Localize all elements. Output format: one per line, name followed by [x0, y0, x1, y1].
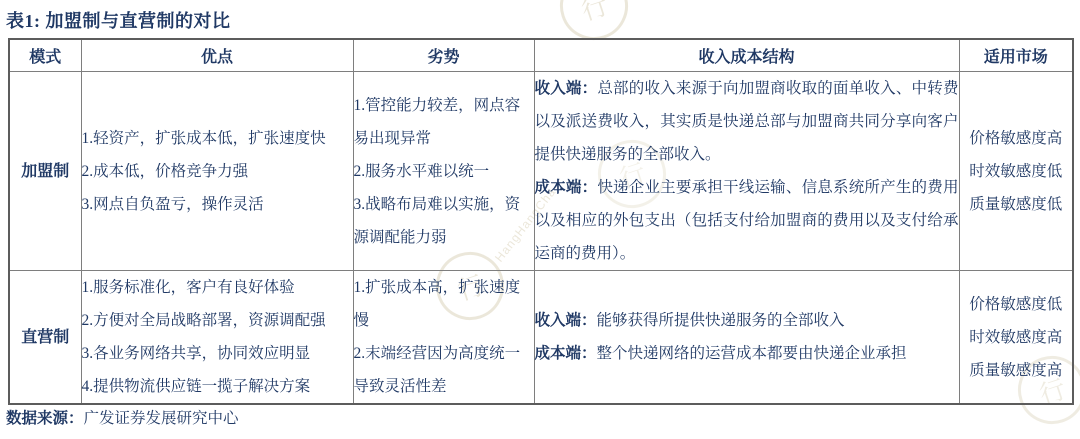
revenue-label: 收入端： [535, 80, 598, 97]
advantage-item: 1.轻资产，扩张成本低，扩张速度快 [82, 122, 353, 155]
disadvantage-item: 1.管控能力较差，网点容易出现异常 [354, 89, 534, 155]
header-applicable-market: 适用市场 [959, 39, 1073, 72]
market-item: 质量敏感度高 [960, 354, 1073, 387]
data-source-label: 数据来源： [6, 410, 84, 427]
disadvantage-item: 2.服务水平难以统一 [354, 155, 534, 188]
watermark: 行 HangHangCha [560, 0, 628, 40]
advantage-item: 2.成本低，价格竞争力强 [82, 155, 353, 188]
market-cell-franchise: 价格敏感度高 时效敏感度低 质量敏感度低 [959, 72, 1073, 271]
revenue-label: 收入端： [535, 312, 597, 329]
advantage-item: 2.方便对全局战略部署，资源调配强 [82, 304, 353, 337]
disadvantage-item: 2.末端经营因为高度统一导致灵活性差 [354, 337, 534, 403]
revenue-text: 能够获得所提供快递服务的全部收入 [597, 312, 845, 329]
advantages-cell-direct: 1.服务标准化，客户有良好体验 2.方便对全局战略部署，资源调配强 3.各业务网… [81, 271, 353, 405]
table-title: 表1: 加盟制与直营制的对比 [6, 7, 231, 33]
market-cell-direct: 价格敏感度低 时效敏感度高 质量敏感度高 [959, 271, 1073, 405]
revenue-paragraph: 收入端：总部的收入来源于向加盟商收取的面单收入、中转费以及派送费收入，其实质是快… [535, 72, 959, 171]
franchise-vs-direct-comparison-table: 模式 优点 劣势 收入成本结构 适用市场 加盟制 1.轻资产，扩张成本低，扩张速… [8, 38, 1074, 405]
cost-text: 整个快递网络的运营成本都要由快递企业承担 [597, 345, 907, 362]
mode-cell-franchise: 加盟制 [9, 72, 81, 271]
cost-label: 成本端： [535, 345, 597, 362]
advantage-item: 3.网点自负盈亏，操作灵活 [82, 188, 353, 221]
table-header-row: 模式 优点 劣势 收入成本结构 适用市场 [9, 39, 1073, 72]
data-source-name: 广发证券发展研究中心 [84, 410, 239, 427]
watermark-symbol: 行 [576, 0, 612, 28]
data-source-line: 数据来源：广发证券发展研究中心 [6, 407, 239, 431]
header-disadvantages: 劣势 [353, 39, 534, 72]
table-row-franchise: 加盟制 1.轻资产，扩张成本低，扩张速度快 2.成本低，价格竞争力强 3.网点自… [9, 72, 1073, 271]
advantage-item: 3.各业务网络共享，协同效应明显 [82, 337, 353, 370]
cost-text: 快递企业主要承担干线运输、信息系统所产生的费用以及相应的外包支出（包括支付给加盟… [535, 179, 959, 262]
advantage-item: 1.服务标准化，客户有良好体验 [82, 271, 353, 304]
revenue-cost-cell-franchise: 收入端：总部的收入来源于向加盟商收取的面单收入、中转费以及派送费收入，其实质是快… [534, 72, 959, 271]
revenue-cost-cell-direct: 收入端：能够获得所提供快递服务的全部收入 成本端：整个快递网络的运营成本都要由快… [534, 271, 959, 405]
cost-paragraph: 成本端：整个快递网络的运营成本都要由快递企业承担 [535, 337, 959, 370]
market-item: 时效敏感度低 [960, 155, 1073, 188]
advantages-cell-franchise: 1.轻资产，扩张成本低，扩张速度快 2.成本低，价格竞争力强 3.网点自负盈亏，… [81, 72, 353, 271]
advantage-item: 4.提供物流供应链一揽子解决方案 [82, 370, 353, 403]
disadvantage-item: 3.战略布局难以实施，资源调配能力弱 [354, 188, 534, 254]
disadvantages-cell-direct: 1.扩张成本高，扩张速度慢 2.末端经营因为高度统一导致灵活性差 [353, 271, 534, 405]
header-advantages: 优点 [81, 39, 353, 72]
disadvantages-cell-franchise: 1.管控能力较差，网点容易出现异常 2.服务水平难以统一 3.战略布局难以实施，… [353, 72, 534, 271]
header-mode: 模式 [9, 39, 81, 72]
cost-paragraph: 成本端：快递企业主要承担干线运输、信息系统所产生的费用以及相应的外包支出（包括支… [535, 171, 959, 270]
market-item: 价格敏感度低 [960, 288, 1073, 321]
table-row-direct: 直营制 1.服务标准化，客户有良好体验 2.方便对全局战略部署，资源调配强 3.… [9, 271, 1073, 405]
market-item: 时效敏感度高 [960, 321, 1073, 354]
revenue-paragraph: 收入端：能够获得所提供快递服务的全部收入 [535, 304, 959, 337]
mode-cell-direct: 直营制 [9, 271, 81, 405]
disadvantage-item: 1.扩张成本高，扩张速度慢 [354, 271, 534, 337]
market-item: 价格敏感度高 [960, 122, 1073, 155]
header-revenue-cost-structure: 收入成本结构 [534, 39, 959, 72]
market-item: 质量敏感度低 [960, 188, 1073, 221]
cost-label: 成本端： [535, 179, 598, 196]
revenue-text: 总部的收入来源于向加盟商收取的面单收入、中转费以及派送费收入，其实质是快递总部与… [535, 80, 959, 163]
